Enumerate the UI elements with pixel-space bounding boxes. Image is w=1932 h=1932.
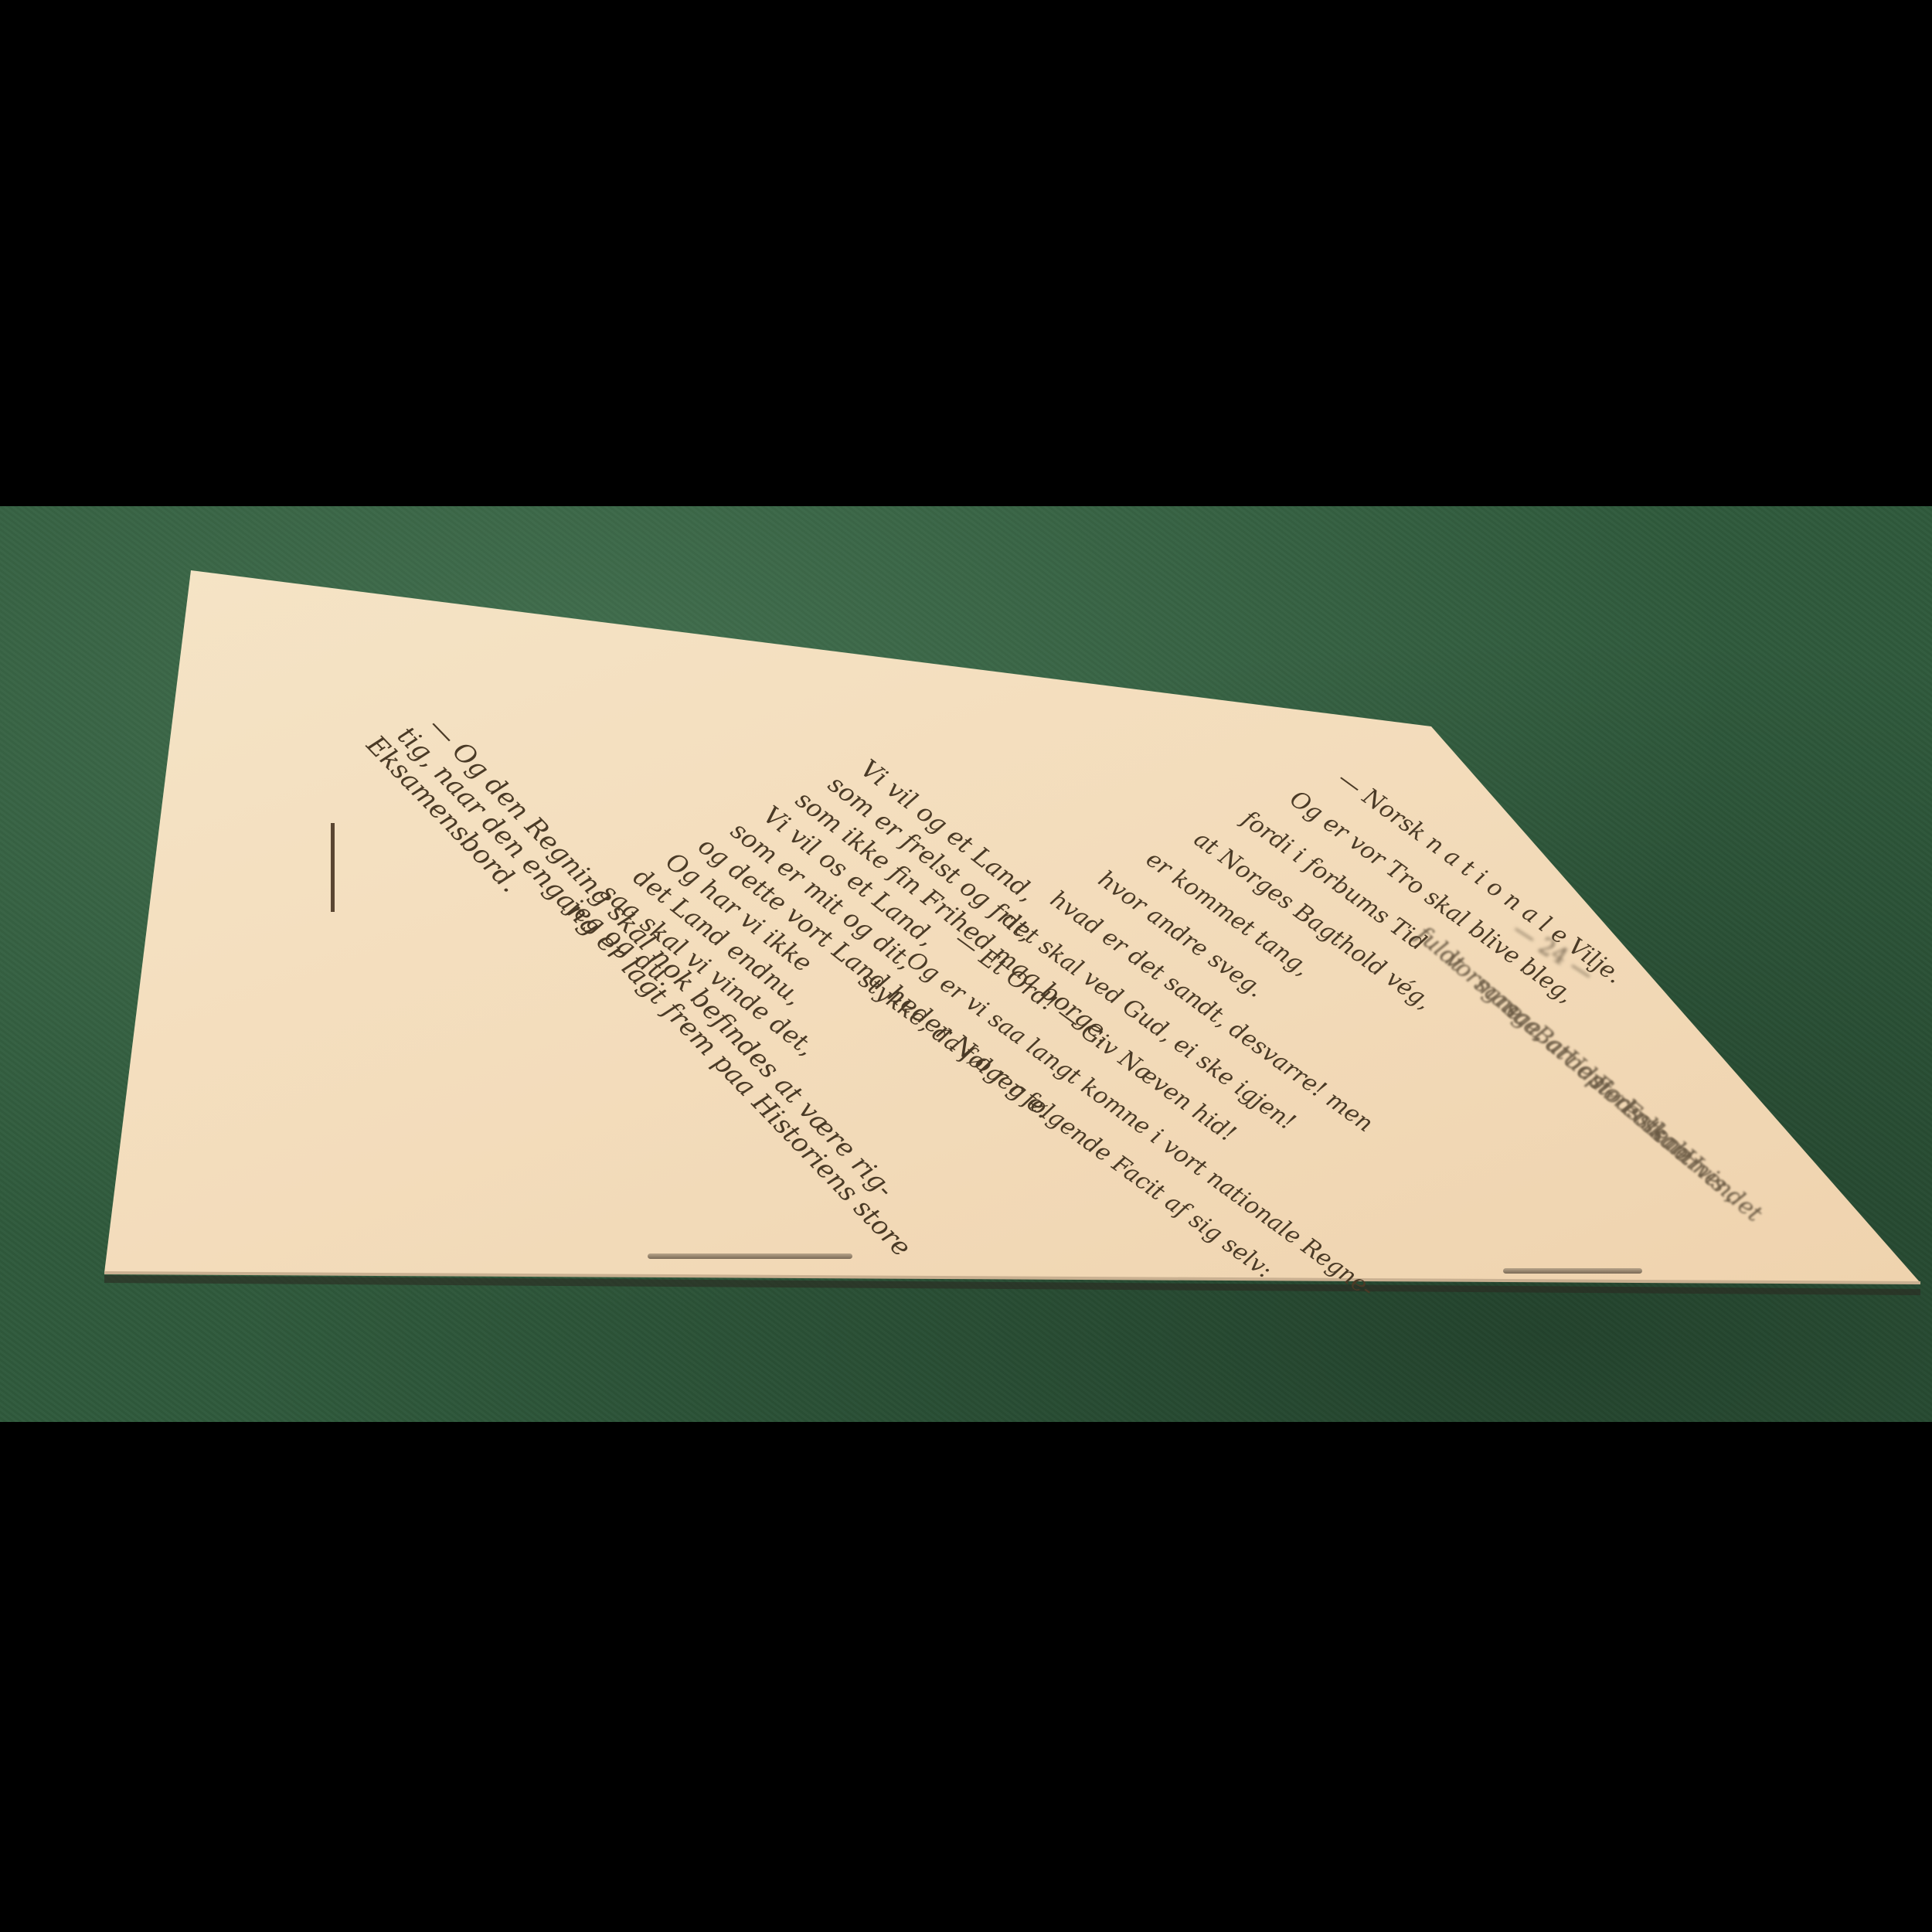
staple-left [648,1253,852,1259]
middle-block-line: Og er vor Tro skal blive bleg, [1284,785,1578,1009]
staple-right [1503,1268,1642,1274]
end-rule [331,823,335,912]
page-text: — 24 — Hvis detsammen,FolkForerskab.Udst… [0,0,1932,1932]
